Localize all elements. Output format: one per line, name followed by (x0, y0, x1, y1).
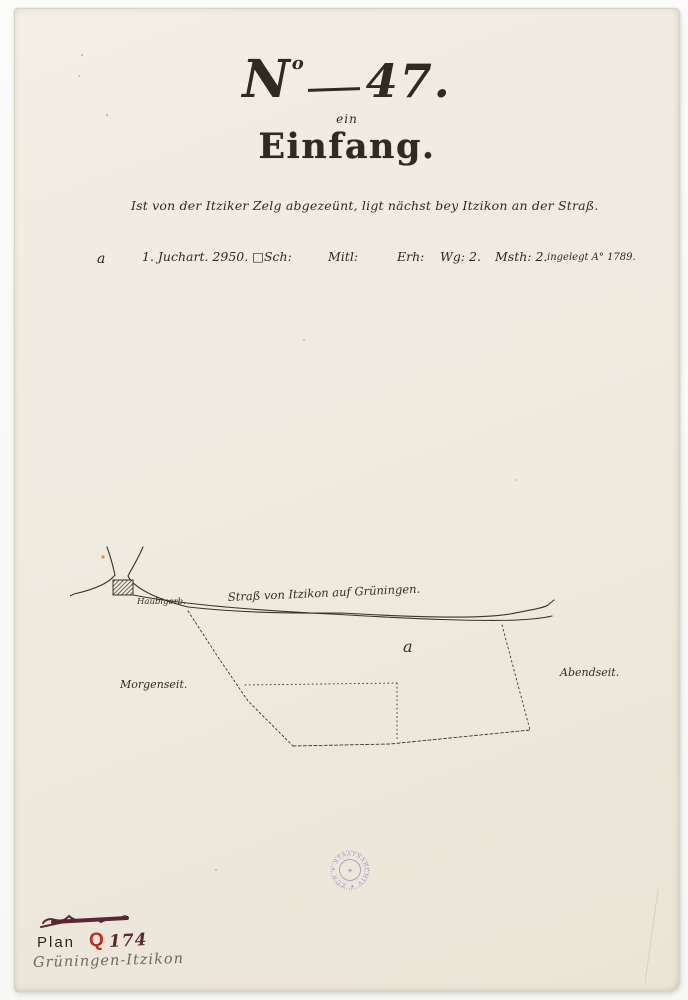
plan-letter-stamp: Q (89, 930, 104, 952)
attr-mitl: Mitl: (328, 249, 358, 264)
map-label-abendseit: Abendseit. (559, 666, 619, 679)
title-flourish-dash (308, 87, 360, 92)
paper-crease (644, 889, 658, 983)
sketch-map: Haubigerb. Straß von Itzikon auf Grüning… (70, 544, 670, 759)
archive-stamp: ✶ STAATSARCHIV ✶ ZÜRICH ✶ (322, 842, 378, 898)
archive-note: Grüningen-Itzikon (33, 951, 184, 971)
building-symbol (113, 580, 133, 595)
document-page: No47. ein Einfang. Ist von der Itziker Z… (14, 8, 680, 992)
attr-erh: Erh: (397, 249, 424, 264)
parcel-boundary (188, 611, 530, 746)
description-line: Ist von der Itziker Zelg abgezeünt, ligt… (131, 198, 606, 213)
stamp-star-icon: ✶ (346, 866, 354, 875)
attr-filed-date: ingelegt A° 1789. (547, 252, 636, 263)
parcel-letter: a (403, 637, 413, 656)
paper-speck (215, 869, 217, 871)
building-label: Haubigerb. (136, 597, 186, 607)
parcel-inner-division (245, 683, 397, 739)
plan-word: Plan (37, 934, 75, 951)
plan-signature-row: Plan Q 174 (37, 929, 237, 955)
paper-stain-dot (101, 555, 104, 558)
title-number: 47. (366, 54, 452, 108)
paper-speck (78, 75, 80, 77)
scan-background: No47. ein Einfang. Ist von der Itziker Z… (0, 0, 688, 1000)
road-label: Straß von Itzikon auf Grüningen. (228, 582, 421, 604)
paper-speck (515, 479, 517, 481)
plan-number: 174 (109, 930, 148, 952)
attr-msth: Msth: 2. (495, 249, 547, 264)
attr-parcel-letter: a (97, 251, 105, 267)
paper-speck (303, 339, 305, 341)
attr-area: 1. Juchart. 2950. □Sch: (142, 249, 292, 264)
paper-speck (81, 54, 83, 56)
title-word: Einfang. (15, 126, 679, 167)
title-no-superscript: o (292, 53, 306, 74)
paper-speck (106, 114, 108, 116)
title-article: ein (15, 112, 679, 126)
title-n: N (242, 49, 292, 110)
attribute-line: a 1. Juchart. 2950. □Sch: Mitl: Erh: Wg:… (15, 249, 679, 273)
plan-number-title: No47. (15, 49, 679, 110)
title-block: No47. ein Einfang. (15, 49, 679, 167)
map-label-morgenseit: Morgenseit. (119, 678, 187, 691)
attr-wg: Wg: 2. (440, 249, 481, 264)
